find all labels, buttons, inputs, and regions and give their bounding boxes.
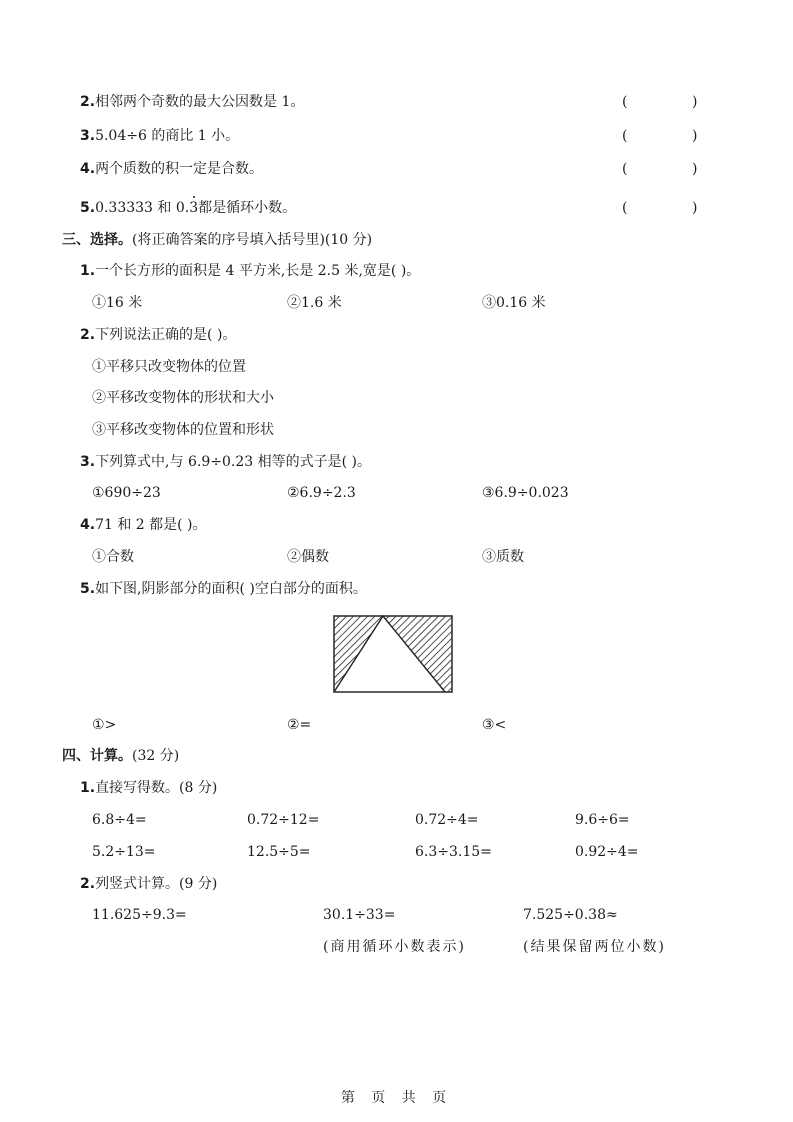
- vertical-calc-item[interactable]: 11.625÷9.3=: [92, 906, 187, 924]
- oral-calc-item[interactable]: 0.92÷4=: [575, 843, 639, 861]
- option-3[interactable]: ③0.16 米: [482, 294, 546, 312]
- item-text: 两个质数的积一定是合数。: [95, 161, 263, 177]
- section-title: 四、计算。: [62, 748, 132, 764]
- question-number: 4.: [80, 517, 95, 533]
- option-1[interactable]: ①合数: [92, 548, 134, 566]
- paren-close: ): [692, 199, 697, 217]
- shaded-rectangle-figure: [333, 615, 453, 693]
- choice-question-4: 4.71 和 2 都是( )。: [80, 516, 207, 534]
- calc-note-repeating: (商用循环小数表示): [323, 938, 466, 956]
- option-3[interactable]: ③平移改变物体的位置和形状: [92, 421, 274, 439]
- item-number: 3.: [80, 128, 95, 144]
- item-number: 5.: [80, 200, 95, 216]
- oral-calc-item[interactable]: 5.2÷13=: [92, 843, 156, 861]
- item-text-before: 0.33333 和 0.: [95, 200, 189, 216]
- question-number: 2.: [80, 876, 95, 892]
- option-3[interactable]: ③6.9÷0.023: [482, 484, 569, 502]
- option-3[interactable]: ③质数: [482, 548, 524, 566]
- oral-calc-item[interactable]: 9.6÷6=: [575, 811, 630, 829]
- section-title: 三、选择。: [62, 232, 132, 248]
- question-text: 71 和 2 都是( )。: [95, 517, 206, 533]
- paren-open: (: [622, 160, 627, 178]
- section-4-heading: 四、计算。(32 分): [62, 747, 179, 765]
- item-number: 2.: [80, 94, 95, 110]
- choice-question-2: 2.下列说法正确的是( )。: [80, 326, 236, 344]
- calc-question-2: 2.列竖式计算。(9 分): [80, 875, 217, 893]
- paren-open: (: [622, 93, 627, 111]
- option-2[interactable]: ②=: [287, 716, 311, 734]
- oral-calc-item[interactable]: 0.72÷4=: [415, 811, 479, 829]
- option-1[interactable]: ①690÷23: [92, 484, 161, 502]
- question-number: 1.: [80, 780, 95, 796]
- oral-calc-item[interactable]: 12.5÷5=: [247, 843, 311, 861]
- shaded-right-region: [383, 616, 452, 692]
- paren-close: ): [692, 93, 697, 111]
- option-2[interactable]: ②6.9÷2.3: [287, 484, 356, 502]
- item-text-after: 都是循环小数。: [198, 200, 296, 216]
- repeating-digit: 3: [189, 199, 198, 217]
- section-3-heading: 三、选择。(将正确答案的序号填入括号里)(10 分): [62, 231, 372, 249]
- question-text: 直接写得数。(8 分): [95, 780, 217, 796]
- choice-question-5: 5.如下图,阴影部分的面积( )空白部分的面积。: [80, 580, 367, 598]
- section-note: (32 分): [132, 748, 179, 764]
- option-2[interactable]: ②平移改变物体的形状和大小: [92, 389, 274, 407]
- item-text: 5.04÷6 的商比 1 小。: [95, 128, 239, 144]
- calc-question-1: 1.直接写得数。(8 分): [80, 779, 217, 797]
- vertical-calc-item[interactable]: 30.1÷33=: [323, 906, 395, 924]
- question-number: 1.: [80, 263, 95, 279]
- question-text: 下列算式中,与 6.9÷0.23 相等的式子是( )。: [95, 454, 371, 470]
- section-note: (将正确答案的序号填入括号里)(10 分): [132, 232, 372, 248]
- oral-calc-item[interactable]: 6.3÷3.15=: [415, 843, 492, 861]
- option-2[interactable]: ②偶数: [287, 548, 329, 566]
- question-number: 2.: [80, 327, 95, 343]
- item-number: 4.: [80, 161, 95, 177]
- paren-open: (: [622, 199, 627, 217]
- question-number: 5.: [80, 581, 95, 597]
- option-1[interactable]: ①>: [92, 716, 116, 734]
- paren-close: ): [692, 127, 697, 145]
- question-text: 如下图,阴影部分的面积( )空白部分的面积。: [95, 581, 367, 597]
- oral-calc-item[interactable]: 0.72÷12=: [247, 811, 319, 829]
- judgement-item-5: 5.0.33333 和 0.3都是循环小数。: [80, 199, 296, 217]
- question-text: 一个长方形的面积是 4 平方米,长是 2.5 米,宽是( )。: [95, 263, 420, 279]
- option-2[interactable]: ②1.6 米: [287, 294, 342, 312]
- judgement-item-3: 3.5.04÷6 的商比 1 小。: [80, 127, 239, 145]
- item-text: 相邻两个奇数的最大公因数是 1。: [95, 94, 304, 110]
- question-number: 3.: [80, 454, 95, 470]
- option-3[interactable]: ③<: [482, 716, 506, 734]
- page-footer: 第 页 共 页: [0, 1087, 793, 1107]
- paren-open: (: [622, 127, 627, 145]
- judgement-item-4: 4.两个质数的积一定是合数。: [80, 160, 263, 178]
- choice-question-1: 1.一个长方形的面积是 4 平方米,长是 2.5 米,宽是( )。: [80, 262, 420, 280]
- question-text: 下列说法正确的是( )。: [95, 327, 236, 343]
- vertical-calc-item[interactable]: 7.525÷0.38≈: [523, 906, 618, 924]
- paren-close: ): [692, 160, 697, 178]
- question-text: 列竖式计算。(9 分): [95, 876, 217, 892]
- judgement-item-2: 2.相邻两个奇数的最大公因数是 1。: [80, 93, 304, 111]
- option-1[interactable]: ①16 米: [92, 294, 142, 312]
- choice-question-3: 3.下列算式中,与 6.9÷0.23 相等的式子是( )。: [80, 453, 371, 471]
- option-1[interactable]: ①平移只改变物体的位置: [92, 358, 246, 376]
- oral-calc-item[interactable]: 6.8÷4=: [92, 811, 147, 829]
- calc-note-round: (结果保留两位小数): [523, 938, 666, 956]
